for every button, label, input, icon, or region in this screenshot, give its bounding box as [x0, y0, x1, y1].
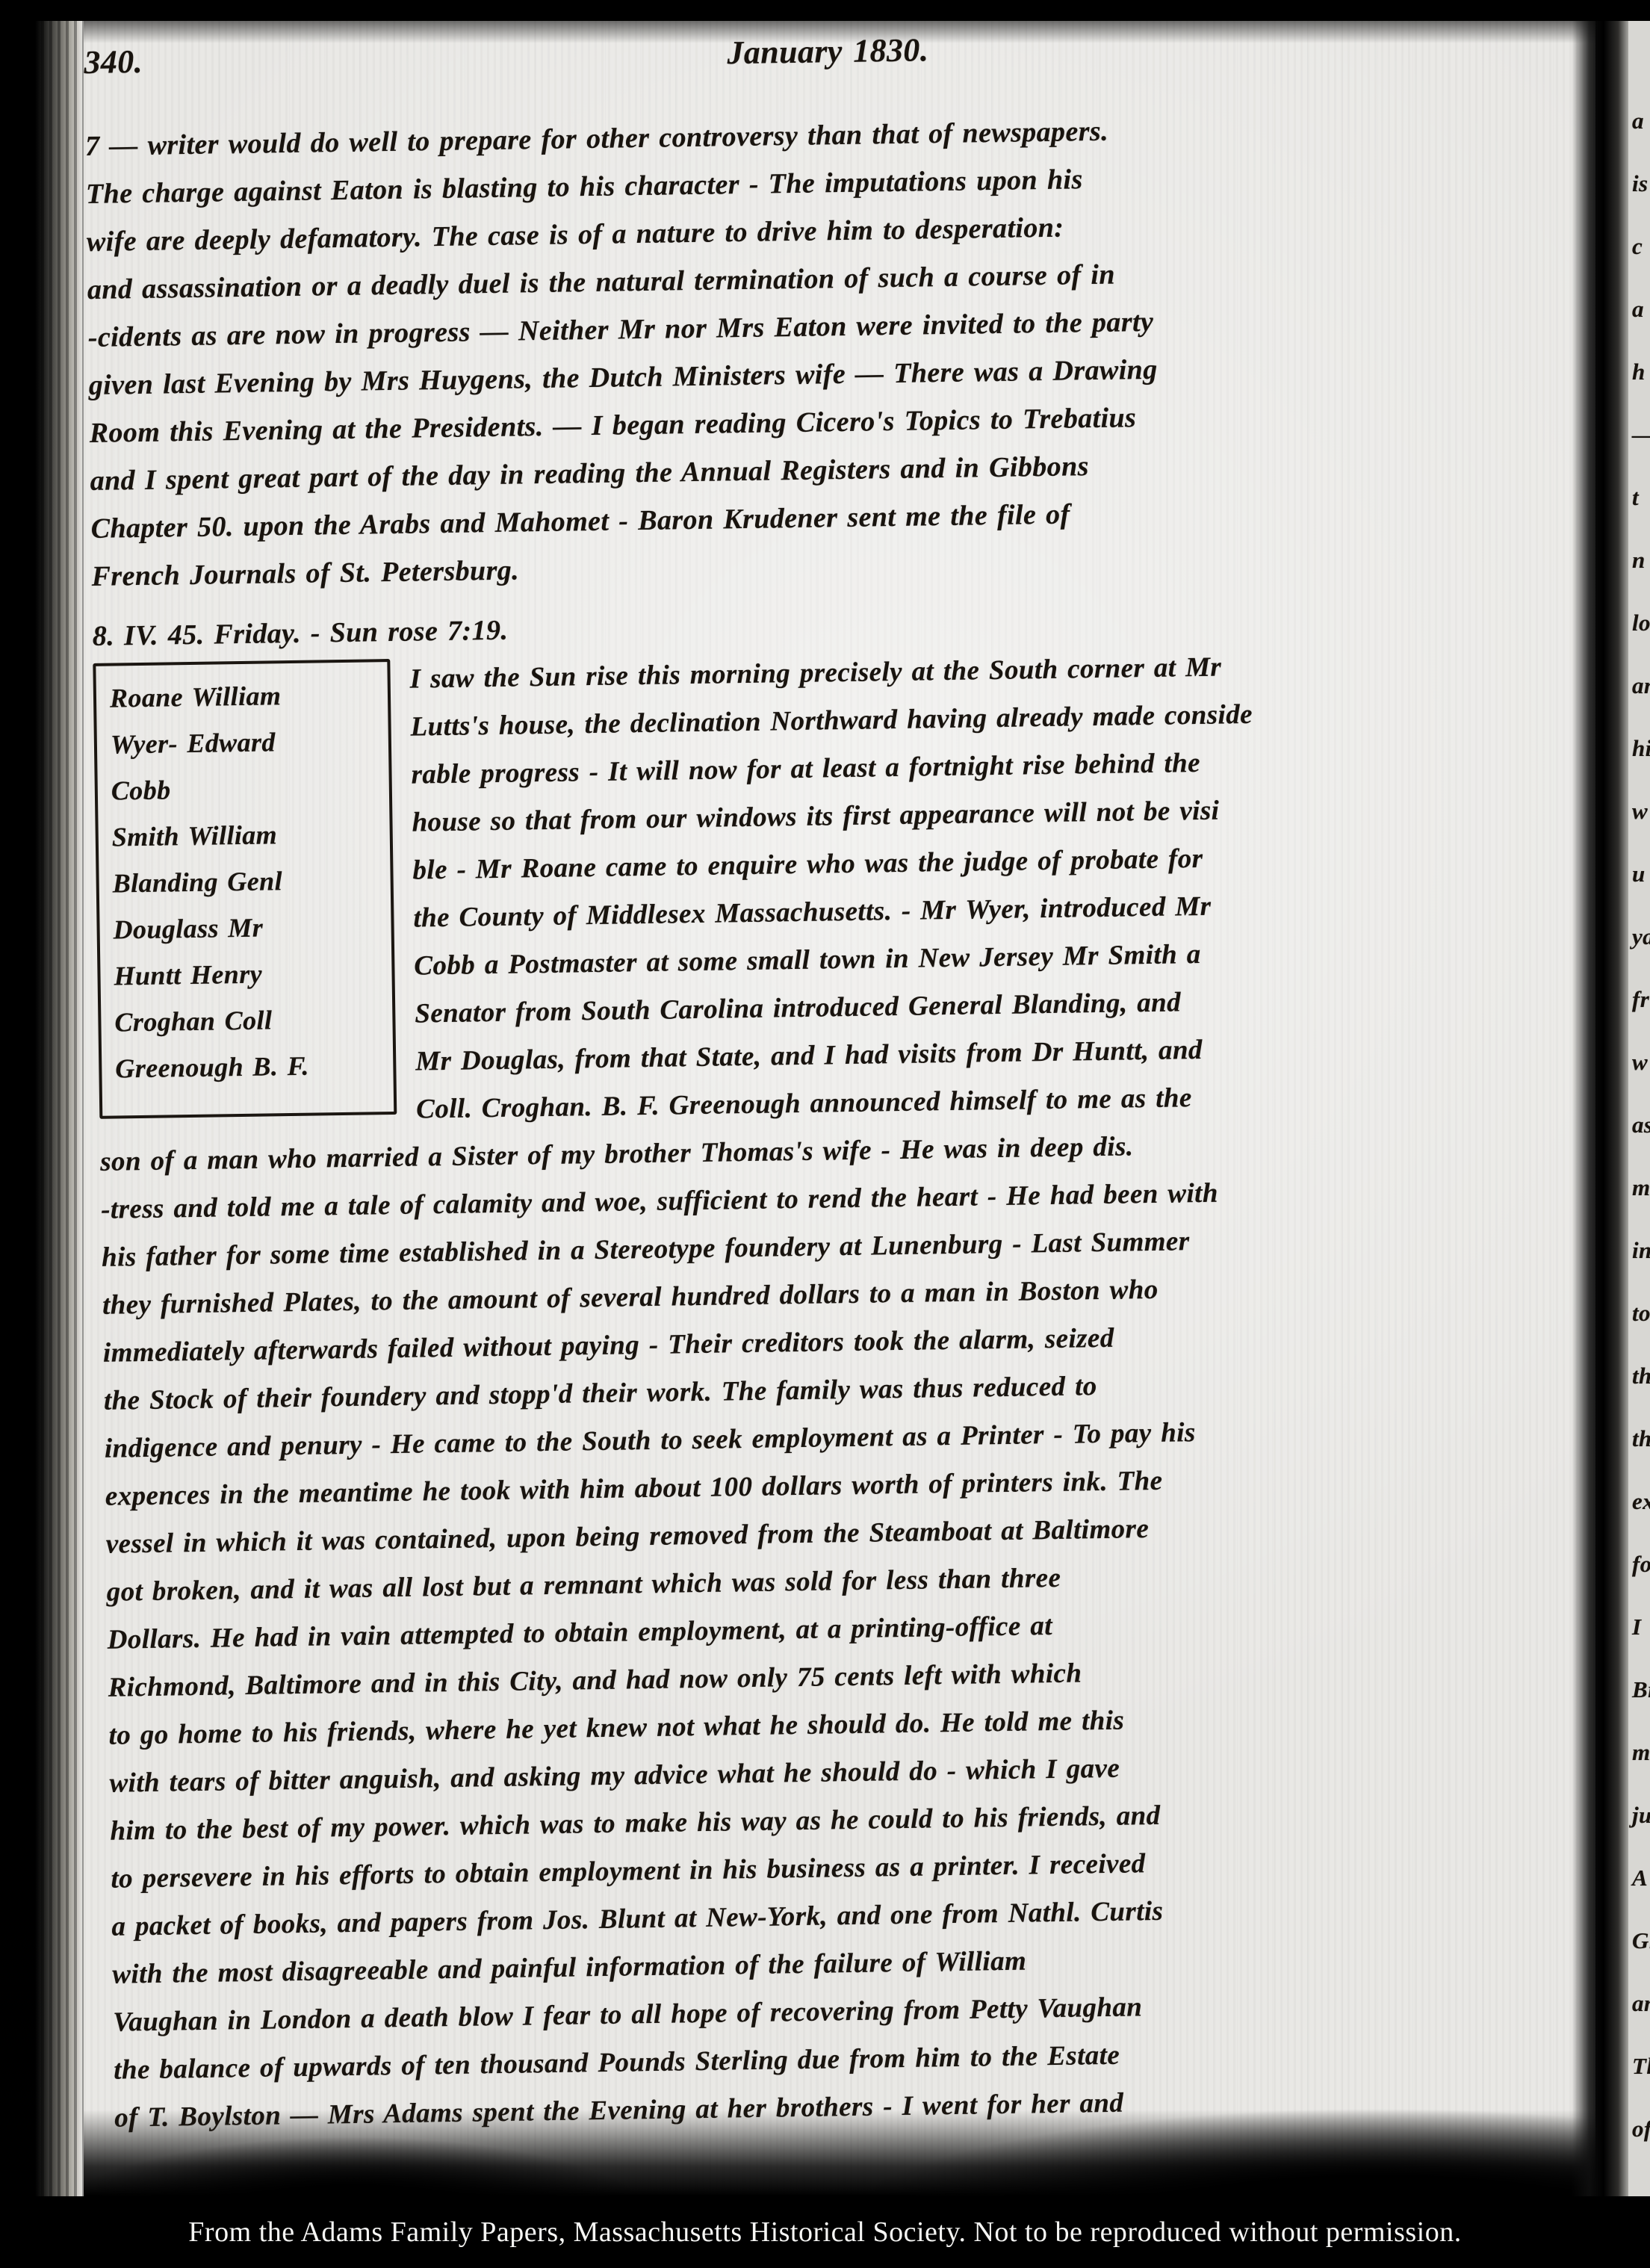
scan-top-border — [0, 0, 1650, 21]
page-number: 340. — [84, 41, 256, 81]
facing-page-text-fragments: a is c a h — t n lo an hi w u ya fr w as… — [1628, 0, 1650, 2160]
diary-entry-7-text: 7 — writer would do well to prepare for … — [85, 100, 1580, 600]
book-binding-edge — [0, 0, 84, 2268]
visitor-names-box: Roane William Wyer- Edward Cobb Smith Wi… — [93, 659, 397, 1119]
page-gutter-shadow — [1572, 0, 1630, 2268]
visitor-names-list: Roane William Wyer- Edward Cobb Smith Wi… — [110, 671, 388, 1091]
manuscript-scan: 340. January 1830. 7 — writer would do w… — [0, 0, 1650, 2268]
caption-text: From the Adams Family Papers, Massachuse… — [188, 2216, 1461, 2249]
facing-page-edge: a is c a h — t n lo an hi w u ya fr w as… — [1628, 0, 1650, 2268]
caption-bar: From the Adams Family Papers, Massachuse… — [0, 2196, 1650, 2268]
page-content: 340. January 1830. 7 — writer would do w… — [84, 21, 1602, 2142]
